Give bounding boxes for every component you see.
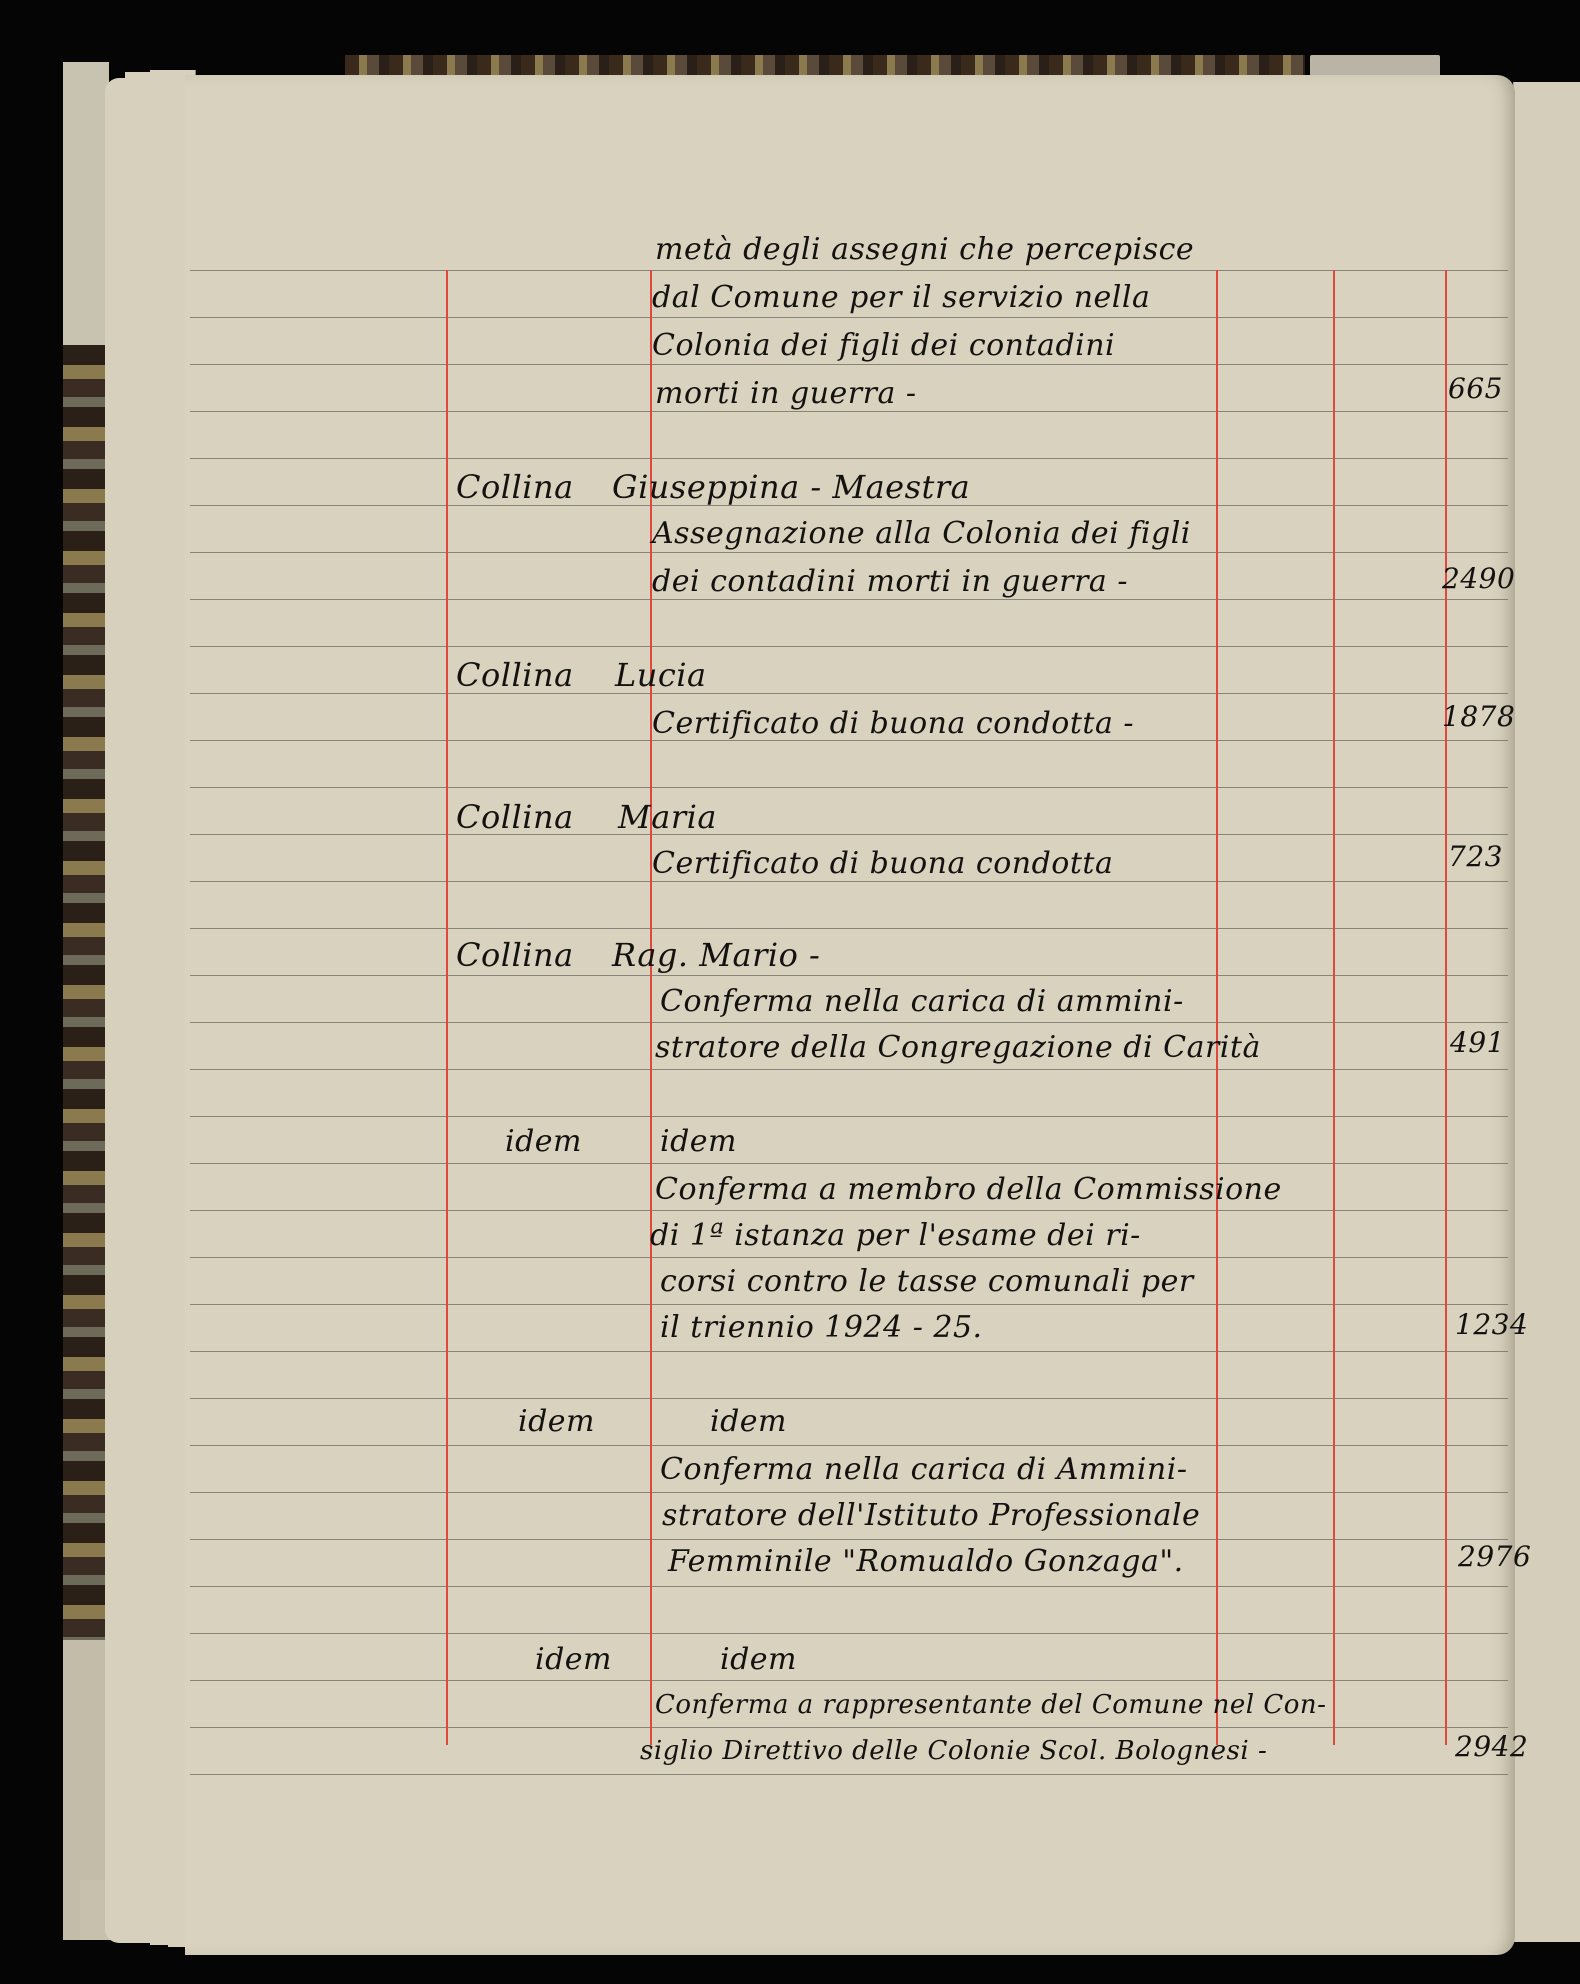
entry-text-line: Conferma nella carica di ammini- (660, 984, 1184, 1019)
red-column-rule (446, 270, 448, 1745)
entry-reference-number: 723 (1448, 840, 1503, 873)
ruled-line (190, 1445, 1508, 1446)
ruled-line (190, 1539, 1508, 1540)
ruled-line (190, 1022, 1508, 1023)
ruled-line (190, 1774, 1508, 1775)
ruled-line (190, 1680, 1508, 1681)
ruled-line (190, 646, 1508, 647)
entry-text-line: Colonia dei figli dei contadini (652, 328, 1115, 363)
ruled-line (190, 599, 1508, 600)
entry-reference-number: 1234 (1455, 1308, 1528, 1341)
ruled-line (190, 364, 1508, 365)
entry-text-line: di 1ª istanza per l'esame dei ri- (650, 1218, 1141, 1253)
ruled-line (190, 1351, 1508, 1352)
ruled-line (190, 928, 1508, 929)
entry-reference-number: 2976 (1458, 1540, 1531, 1573)
entry-text-line: morti in guerra - (655, 376, 917, 411)
entry-given-name: idem (710, 1404, 787, 1439)
entry-surname: Collina (456, 468, 574, 506)
entry-surname: idem (535, 1642, 612, 1677)
ruled-line (190, 1069, 1508, 1070)
red-column-rule (1333, 270, 1335, 1745)
ruled-line (190, 834, 1508, 835)
entry-text-line: Conferma nella carica di Ammini- (660, 1452, 1187, 1487)
ruled-line (190, 1257, 1508, 1258)
entry-text-line: metà degli assegni che percepisce (655, 232, 1194, 267)
ruled-line (190, 1586, 1508, 1587)
ruled-line (190, 1210, 1508, 1211)
ruled-line (190, 975, 1508, 976)
entry-text-line: Certificato di buona condotta - (652, 706, 1134, 741)
ruled-line (190, 693, 1508, 694)
ruled-line (190, 787, 1508, 788)
ruled-line (190, 317, 1508, 318)
entry-given-name: Maria (618, 798, 717, 836)
entry-text-line: Femminile "Romualdo Gonzaga". (668, 1544, 1184, 1579)
ruled-line (190, 1163, 1508, 1164)
entry-surname: idem (505, 1124, 582, 1159)
entry-text-line: dal Comune per il servizio nella (652, 280, 1150, 315)
entry-given-name: idem (660, 1124, 737, 1159)
entry-reference-number: 2942 (1455, 1730, 1528, 1763)
entry-surname: Collina (456, 936, 574, 974)
entry-reference-number: 665 (1448, 372, 1503, 405)
entry-text-line: dei contadini morti in guerra - (652, 564, 1128, 599)
ruled-line (190, 411, 1508, 412)
ruled-line (190, 881, 1508, 882)
entry-surname: idem (518, 1404, 595, 1439)
ruled-line (190, 552, 1508, 553)
entry-text-line: il triennio 1924 - 25. (660, 1310, 983, 1345)
entry-text-line: stratore dell'Istituto Professionale (662, 1498, 1200, 1533)
entry-given-name: idem (720, 1642, 797, 1677)
entry-reference-number: 491 (1450, 1026, 1505, 1059)
ruled-line (190, 1633, 1508, 1634)
facing-page-edge (1513, 82, 1580, 1942)
entry-reference-number: 1878 (1442, 700, 1515, 733)
ruled-line (190, 1492, 1508, 1493)
entry-text-line: Conferma a membro della Commissione (655, 1172, 1282, 1207)
entry-text-line: corsi contro le tasse comunali per (660, 1264, 1194, 1299)
entry-surname: Collina (456, 798, 574, 836)
entry-reference-number: 2490 (1442, 562, 1515, 595)
ruled-line (190, 1304, 1508, 1305)
ruled-line (190, 1398, 1508, 1399)
book-cover-corner (63, 62, 109, 347)
entry-surname: Collina (456, 656, 574, 694)
ruled-line (190, 458, 1508, 459)
ruled-line (190, 1116, 1508, 1117)
entry-given-name: Rag. Mario - (612, 936, 820, 974)
red-column-rule (1216, 270, 1218, 1745)
red-column-rule (1445, 270, 1447, 1745)
ruled-line (190, 1727, 1508, 1728)
entry-text-line: Conferma a rappresentante del Comune nel… (655, 1690, 1326, 1720)
entry-text-line: Certificato di buona condotta (652, 846, 1113, 881)
ruled-line (190, 270, 1508, 271)
book-cover-left-edge (63, 345, 109, 1645)
entry-text-line: stratore della Congregazione di Carità (655, 1030, 1261, 1065)
entry-text-line: Assegnazione alla Colonia dei figli (652, 516, 1191, 551)
entry-text-line: siglio Direttivo delle Colonie Scol. Bol… (640, 1736, 1267, 1766)
entry-given-name: Lucia (615, 656, 707, 694)
entry-given-name: Giuseppina - Maestra (612, 468, 970, 506)
